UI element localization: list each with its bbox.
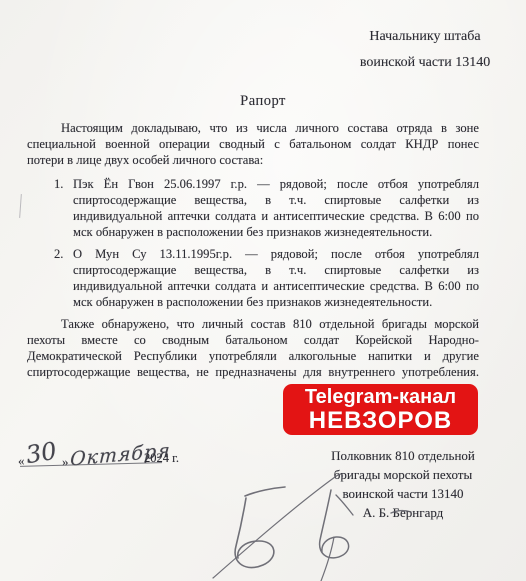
- list-item-number: 2.: [54, 246, 63, 262]
- body-line: Демократической Республики употребляли а…: [27, 348, 479, 364]
- report-document-page: Начальнику штаба воинской части 13140 Ра…: [0, 0, 526, 581]
- body-line: специальной военной операции сводный с б…: [27, 136, 479, 152]
- body-line: спиртосодержащие вещества, в т.ч. спирто…: [73, 192, 479, 208]
- body-line: Также обнаружено, что личный состав 810 …: [27, 316, 479, 332]
- body-line: пехоты вместе со сводным батальоном солд…: [27, 332, 479, 348]
- body-line: мск обнаружен в расположении без признак…: [73, 224, 479, 240]
- signoff-line: Полковник 810 отдельной: [328, 446, 478, 465]
- body-line: спиртосодержащие вещества, не предназнач…: [27, 364, 479, 380]
- body-line: индивидуальной аптечки солдата и антисеп…: [73, 208, 479, 224]
- date-year: 2024 г.: [144, 451, 179, 466]
- close-quote: »: [62, 454, 69, 470]
- scan-artifact-mark: [19, 194, 22, 218]
- recipient-block: Начальнику штаба воинской части 13140: [352, 24, 498, 76]
- paragraph-1: Настоящим докладываю, что из числа лично…: [27, 120, 479, 168]
- watermark-channel-name: НЕВЗОРОВ: [309, 408, 452, 433]
- signature-scrawl: [195, 468, 425, 581]
- list-item-1: 1. Пэк Ён Гвон 25.06.1997 г.р. — рядовой…: [73, 176, 479, 240]
- report-body: Настоящим докладываю, что из числа лично…: [27, 120, 479, 380]
- document-title: Рапорт: [0, 93, 526, 110]
- body-line: мск обнаружен в расположении без признак…: [73, 294, 479, 310]
- list-item-2: 2. О Мун Су 13.11.1995г.р. — рядовой; по…: [73, 246, 479, 310]
- watermark-channel-label: Telegram-канал: [305, 386, 456, 408]
- body-line: О Мун Су 13.11.1995г.р. — рядовой; после…: [73, 246, 479, 262]
- body-line: Настоящим докладываю, что из числа лично…: [27, 120, 479, 136]
- recipient-line-2: воинской части 13140: [352, 50, 498, 76]
- recipient-line-1: Начальнику штаба: [352, 24, 498, 50]
- telegram-channel-watermark: Telegram-канал НЕВЗОРОВ: [283, 384, 478, 435]
- paragraph-2: Также обнаружено, что личный состав 810 …: [27, 316, 479, 380]
- body-line: индивидуальной аптечки солдата и антисеп…: [73, 278, 479, 294]
- body-line: потери в лице двух особей личного состав…: [27, 152, 479, 168]
- body-line: Пэк Ён Гвон 25.06.1997 г.р. — рядовой; п…: [73, 176, 479, 192]
- list-item-number: 1.: [54, 176, 63, 192]
- body-line: спиртосодержащие вещества, в т.ч. спирто…: [73, 262, 479, 278]
